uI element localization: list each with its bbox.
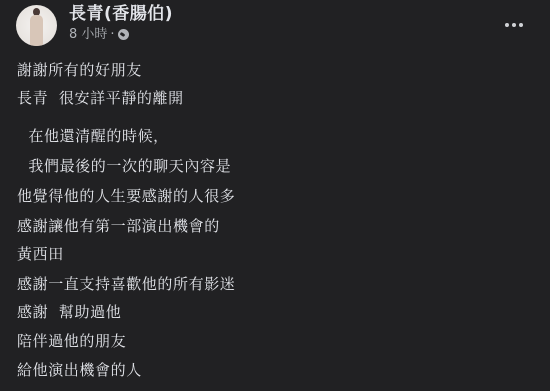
post-text-line: 謝謝所有的好朋友 — [17, 60, 142, 80]
avatar-person-figure — [30, 8, 43, 46]
avatar-body — [30, 15, 43, 46]
more-options-button[interactable] — [500, 15, 528, 35]
post-text-line: 黃西田 — [17, 244, 64, 264]
post-text-line: 感謝一直支持喜歡他的所有影迷 — [17, 274, 235, 294]
post-text-line: 長青 很安詳平靜的離開 — [17, 88, 184, 108]
post-text-line: 在他還清醒的時候， — [23, 126, 169, 146]
post-text-line: 感謝 幫助過他 — [17, 302, 121, 322]
post-header: 長青(香腸伯) 8 小時 · — [69, 3, 173, 43]
post-text-line: 給他演出機會的人 — [17, 360, 142, 380]
facebook-post: 長青(香腸伯) 8 小時 · 謝謝所有的好朋友 長青 很安詳平靜的離開 在他還清… — [0, 0, 550, 391]
globe-icon[interactable] — [118, 29, 129, 40]
post-text-line: 他覺得他的人生要感謝的人很多 — [17, 186, 235, 206]
ellipsis-icon-dot — [512, 23, 516, 27]
author-avatar[interactable] — [16, 5, 57, 46]
ellipsis-icon-dot — [505, 23, 509, 27]
author-name[interactable]: 長青(香腸伯) — [69, 3, 173, 25]
post-meta: 8 小時 · — [69, 26, 173, 43]
post-text-line: 陪伴過他的朋友 — [17, 331, 126, 351]
ellipsis-icon-dot — [519, 23, 523, 27]
post-timestamp[interactable]: 8 小時 — [69, 26, 107, 43]
post-text-line: 我們最後的一次的聊天內容是 — [23, 156, 231, 176]
meta-separator: · — [110, 26, 114, 43]
post-text-line: 感謝讓他有第一部演出機會的 — [17, 216, 220, 236]
